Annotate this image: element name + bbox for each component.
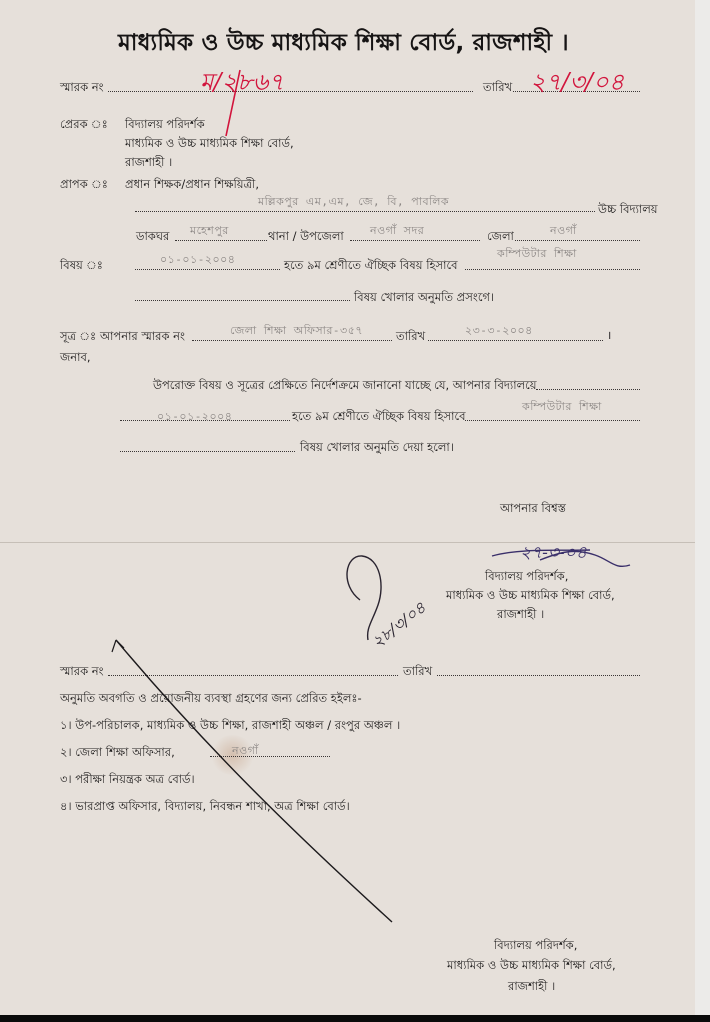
- copy-item-1: ১। উপ-পরিচালক, মাধ্যমিক ও উচ্চ শিক্ষা, র…: [60, 717, 400, 736]
- subject-name-dotted-line: [465, 269, 640, 270]
- screen-bottom-bar: [0, 1015, 710, 1022]
- letterhead-title: মাধ্যমিক ও উচ্চ মাধ্যমিক শিক্ষা বোর্ড, র…: [118, 24, 569, 63]
- copy-ref-label: স্মারক নং: [60, 663, 104, 682]
- inspector-signature: ২৭-৩-০৪: [520, 540, 587, 568]
- copy-item-2-dotted-line: [210, 756, 330, 757]
- memo-ref-dotted-line: [108, 91, 473, 92]
- recipient-label: প্রাপক ঃ: [60, 176, 108, 195]
- body-subject-dotted-line: [465, 420, 640, 421]
- memo-ref-label: স্মারক নং: [60, 79, 104, 98]
- scan-background: [695, 0, 710, 1015]
- sender-label: প্রেরক ঃ: [60, 116, 108, 135]
- reference-end-mark: ।: [607, 328, 611, 343]
- subject-date-value: ০১-০১-২০০৪: [160, 251, 235, 270]
- body-subject-value: কম্পিউটার শিক্ষা: [522, 398, 602, 417]
- body-line-1: উপরোক্ত বিষয় ও সূত্রের প্রেক্ষিতে নির্দ…: [153, 377, 537, 396]
- copy-item-4: ৪। ভারপ্রাপ্ত অফিসার, বিদ্যালয়, নিবন্ধন…: [60, 798, 350, 817]
- sender-line-3: রাজশাহী ।: [125, 154, 172, 173]
- memo-ref-handwritten: ম/২৮৬৭: [200, 64, 284, 104]
- sender-line-2: মাধ্যমিক ও উচ্চ মাধ্যমিক শিক্ষা বোর্ড,: [125, 135, 294, 154]
- copy-date-dotted-line: [437, 675, 640, 676]
- body-line3-dotted-line: [120, 451, 295, 452]
- closing-designation: বিদ্যালয় পরিদর্শক,: [485, 568, 568, 587]
- closing-board: মাধ্যমিক ও উচ্চ মাধ্যমিক শিক্ষা বোর্ড,: [446, 587, 615, 606]
- copy-item-2-value: নওগাঁ: [232, 742, 259, 761]
- copy-item-2: ২। জেলা শিক্ষা অফিসার,: [60, 744, 175, 763]
- copy-ref-dotted-line: [108, 675, 398, 676]
- reference-label: সূত্র ঃ: [60, 328, 96, 347]
- post-office-value: মহেশপুর: [190, 222, 229, 241]
- footer-city: রাজশাহী ।: [508, 978, 555, 997]
- district-dotted-line: [515, 240, 640, 241]
- post-office-label: ডাকঘর: [136, 228, 169, 247]
- school-name-value: মল্লিকপুর এম,এম, জে, বি, পাবলিক: [258, 193, 449, 212]
- copy-intro: অনুমতি অবগতি ও প্রয়োজনীয় ব্যবস্থা গ্রহ…: [60, 690, 362, 709]
- copy-date-label: তারিখ: [403, 663, 432, 682]
- subject-label: বিষয় ঃ: [60, 257, 103, 276]
- body-line1-dotted-line: [536, 389, 640, 390]
- body-from-text: হতে ৯ম শ্রেণীতে ঐচ্ছিক বিষয় হিসাবে: [292, 408, 466, 427]
- thana-value: নওগাঁ সদর: [370, 222, 424, 241]
- memo-date-handwritten: ২৭/৩/০৪: [530, 64, 624, 104]
- closing-city: রাজশাহী ।: [497, 606, 544, 625]
- subject-name-value: কম্পিউটার শিক্ষা: [497, 245, 577, 264]
- footer-designation: বিদ্যালয় পরিদর্শক,: [494, 937, 577, 956]
- thana-label: থানা / উপজেলা: [268, 228, 344, 247]
- salutation: জনাব,: [60, 349, 91, 368]
- subject-from-text: হতে ৯ম শ্রেণীতে ঐচ্ছিক বিষয় হিসাবে: [284, 257, 458, 276]
- subject-line2-dotted-line: [135, 300, 350, 301]
- sender-line-1: বিদ্যালয় পরিদর্শক: [125, 116, 205, 135]
- recipient-title: প্রধান শিক্ষক/প্রধান শিক্ষয়িত্রী,: [125, 176, 259, 195]
- reference-date-value: ২৩-৩-২০০৪: [465, 322, 533, 341]
- reference-ref-value: জেলা শিক্ষা অফিসার-৩৫৭: [230, 322, 363, 341]
- closing-yours-faithfully: আপনার বিশ্বস্ত: [500, 500, 566, 519]
- district-value: নওগাঁ: [550, 222, 577, 241]
- copy-item-3: ৩। পরীক্ষা নিয়ন্ত্রক অত্র বোর্ড।: [60, 771, 195, 790]
- reference-ref-label: আপনার স্মারক নং: [100, 328, 185, 347]
- body-line-3: বিষয় খোলার অনুমতি দেয়া হলো।: [300, 439, 454, 458]
- paper-fold-line: [0, 542, 695, 543]
- footer-board: মাধ্যমিক ও উচ্চ মাধ্যমিক শিক্ষা বোর্ড,: [447, 957, 616, 976]
- body-date-value: ০১-০১-২০০৪: [157, 408, 232, 427]
- letter-paper: [0, 0, 695, 1015]
- reference-date-label: তারিখ: [396, 328, 425, 347]
- subject-line2-text: বিষয় খোলার অনুমতি প্রসংগে।: [354, 289, 494, 308]
- school-suffix: উচ্চ বিদ্যালয়: [598, 201, 658, 220]
- memo-date-label: তারিখ: [483, 79, 512, 98]
